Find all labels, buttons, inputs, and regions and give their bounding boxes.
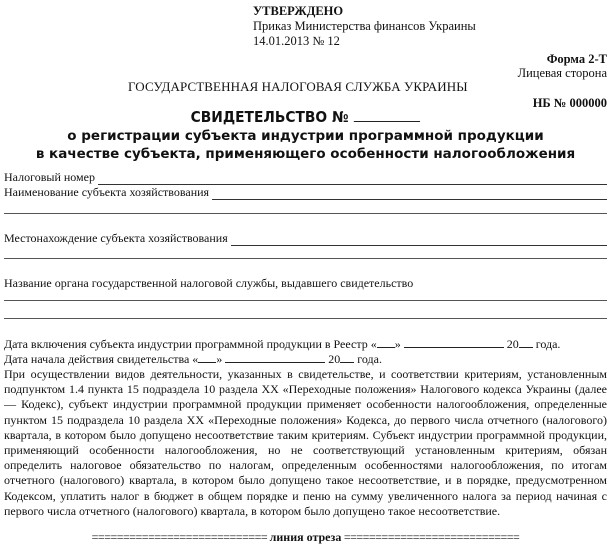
entity-name-row: Наименование субъекта хозяйствования [4, 185, 607, 200]
registry-inclusion-label: Дата включения субъекта индустрии програ… [4, 337, 368, 351]
certificate-title-text: СВИДЕТЕЛЬСТВО № [191, 108, 349, 126]
validity-start-century: 20 [328, 352, 340, 366]
registry-inclusion-year-field[interactable] [519, 338, 533, 348]
issuing-authority-label: Название органа государственной налогово… [4, 276, 413, 291]
tax-number-label: Налоговый номер [4, 170, 95, 185]
validity-start-day-field[interactable] [198, 353, 216, 363]
registry-inclusion-date-row: Дата включения субъекта индустрии програ… [4, 337, 560, 352]
tax-number-field[interactable] [98, 174, 607, 185]
close-quote: » [395, 337, 401, 351]
certificate-subtitle-1: о регистрации субъекта индустрии програм… [0, 128, 611, 144]
tax-number-row: Налоговый номер [4, 170, 607, 185]
registry-inclusion-day-field[interactable] [377, 338, 395, 348]
validity-start-date-row: Дата начала действия свидетельства «» 20… [4, 352, 560, 367]
approval-date-number: 14.01.2013 № 12 [253, 34, 476, 49]
registry-inclusion-month-field[interactable] [404, 338, 504, 348]
certificate-title: СВИДЕТЕЛЬСТВО № [24, 108, 586, 126]
entity-location-row: Местонахождение субъекта хозяйствования [4, 231, 607, 246]
validity-start-label: Дата начала действия свидетельства [4, 352, 189, 366]
entity-name-label: Наименование субъекта хозяйствования [4, 185, 209, 200]
certificate-subtitle-2: в качестве субъекта, применяющего особен… [0, 146, 611, 162]
dates-block: Дата включения субъекта индустрии програ… [4, 337, 560, 367]
form-side: Лицевая сторона [518, 66, 607, 81]
approval-block: УТВЕРЖДЕНО Приказ Министерства финансов … [253, 4, 476, 49]
close-quote: » [216, 352, 222, 366]
validity-start-year-field[interactable] [340, 353, 354, 363]
entity-name-field[interactable] [212, 189, 607, 200]
cut-line-label: линия отреза [270, 530, 342, 544]
validity-start-suffix: года. [357, 352, 382, 366]
entity-location-field-continuation[interactable] [4, 258, 607, 259]
cut-line-right: ============================ [344, 530, 520, 544]
cut-line: ============================ линия отрез… [0, 530, 611, 545]
form-number: Форма 2-Т [547, 52, 607, 67]
legal-notice-paragraph: При осуществлении видов деятельности, ук… [4, 367, 607, 519]
approval-heading: УТВЕРЖДЕНО [253, 4, 476, 19]
validity-start-month-field[interactable] [225, 353, 325, 363]
registry-inclusion-suffix: года. [536, 337, 561, 351]
registry-inclusion-century: 20 [507, 337, 519, 351]
entity-location-label: Местонахождение субъекта хозяйствования [4, 231, 228, 246]
agency-name: ГОСУДАРСТВЕННАЯ НАЛОГОВАЯ СЛУЖБА УКРАИНЫ [128, 79, 468, 95]
cut-line-left: ============================ [92, 530, 268, 544]
entity-name-field-continuation[interactable] [4, 213, 607, 214]
certificate-number-field[interactable] [354, 109, 420, 122]
approval-order: Приказ Министерства финансов Украины [253, 19, 476, 34]
entity-location-field[interactable] [231, 235, 607, 246]
issuing-authority-field[interactable] [4, 300, 607, 301]
issuing-authority-field-continuation[interactable] [4, 318, 607, 319]
